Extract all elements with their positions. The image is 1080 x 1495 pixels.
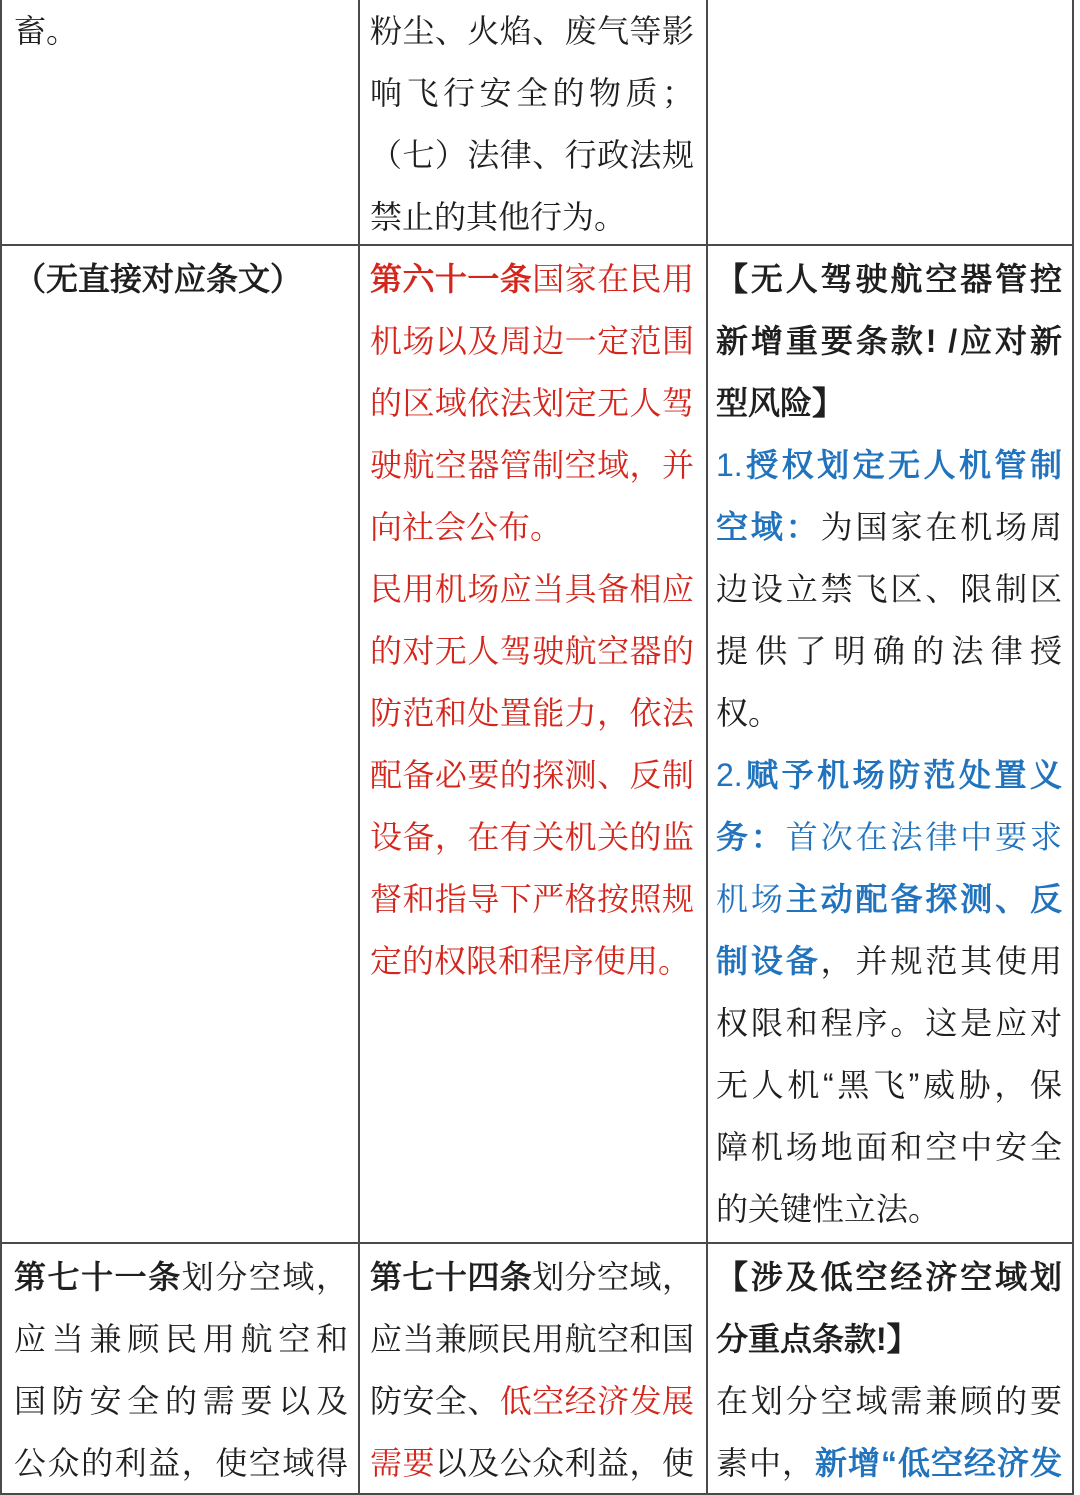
text-run: 型风险】 — [716, 385, 844, 421]
text-line: 1.授权划定无人机管制 — [716, 434, 1062, 496]
text-run: 禁止的其他行为。 — [370, 199, 626, 235]
text-run: 无人机“黑飞”威胁，保 — [716, 1067, 1062, 1103]
text-line: 制设备，并规范其使用 — [716, 930, 1062, 992]
text-run: 机场以及周边一定范围 — [370, 323, 694, 359]
text-line: 务：首次在法律中要求 — [716, 806, 1062, 868]
text-line: 的区域依法划定无人驾 — [370, 372, 694, 434]
text-line: 分重点条款!】 — [716, 1308, 1062, 1370]
text-line: 型风险】 — [716, 372, 1062, 434]
text-run: 国家在民用 — [532, 261, 694, 297]
text-line: 在划分空域需兼顾的要 — [716, 1370, 1062, 1432]
commentary-cell — [708, 0, 1074, 244]
text-line: 【涉及低空经济空域划 — [716, 1246, 1062, 1308]
text-run: 防范和处置能力，依法 — [370, 695, 694, 731]
text-line: 畜。 — [14, 0, 348, 62]
text-run: 防安全、 — [370, 1383, 500, 1419]
text-line: 【无人驾驶航空器管控 — [716, 248, 1062, 310]
text-run: 公众的利益，使空域得 — [14, 1445, 348, 1481]
text-line: 防范和处置能力，依法 — [370, 682, 694, 744]
text-line: （无直接对应条文） — [14, 248, 348, 310]
commentary-cell: 【无人驾驶航空器管控新增重要条款! /应对新型风险】1.授权划定无人机管制空域：… — [708, 246, 1074, 1242]
text-run: 首次在法律中要求 — [786, 819, 1062, 855]
text-run: 定的权限和程序使用。 — [370, 943, 690, 979]
text-run: 划分空域， — [182, 1259, 348, 1295]
text-line: 提供了明确的法律授 — [716, 620, 1062, 682]
text-run: 新增重要条款! /应对新 — [716, 323, 1062, 359]
text-run: 粉尘、火焰、废气等影 — [370, 13, 694, 49]
text-line: 的对无人驾驶航空器的 — [370, 620, 694, 682]
text-line: 民用机场应当具备相应 — [370, 558, 694, 620]
text-run: 国防安全的需要以及 — [14, 1383, 348, 1419]
text-run: 需要 — [370, 1445, 435, 1481]
new-law-cell: 第七十四条划分空域，应当兼顾民用航空和国防安全、低空经济发展需要以及公众利益，使 — [360, 1244, 708, 1493]
text-run: 第六十一条 — [370, 261, 532, 297]
old-law-cell: （无直接对应条文） — [2, 246, 360, 1242]
text-line: 禁止的其他行为。 — [370, 186, 694, 244]
text-run: 赋予机场防范处置义 — [743, 757, 1062, 793]
text-line: 权限和程序。这是应对 — [716, 992, 1062, 1054]
text-run: 第七十四条 — [370, 1259, 532, 1295]
text-run: ，并规范其使用 — [821, 943, 1062, 979]
text-run: 在划分空域需兼顾的要 — [716, 1383, 1062, 1419]
text-line: 素中，新增“低空经济发 — [716, 1432, 1062, 1493]
text-run: 【无人驾驶航空器管控 — [716, 261, 1062, 297]
text-line: 障机场地面和空中安全 — [716, 1116, 1062, 1178]
text-run: 分重点条款!】 — [716, 1321, 919, 1357]
law-comparison-table: 畜。 粉尘、火焰、废气等影响飞行安全的物质；（七）法律、行政法规禁止的其他行为。… — [0, 0, 1074, 1495]
text-run: 主动配备探测、反 — [786, 881, 1062, 917]
text-run: 督和指导下严格按照规 — [370, 881, 694, 917]
text-line: 空域：为国家在机场周 — [716, 496, 1062, 558]
text-run: 响飞行安全的物质； — [370, 75, 694, 111]
text-line: 设备，在有关机关的监 — [370, 806, 694, 868]
text-run: 应当兼顾民用航空和国 — [370, 1321, 694, 1357]
text-run: 配备必要的探测、反制 — [370, 757, 694, 793]
text-run: 低空经济发展 — [500, 1383, 694, 1419]
text-line: 配备必要的探测、反制 — [370, 744, 694, 806]
text-line: 新增重要条款! /应对新 — [716, 310, 1062, 372]
text-run: 民用机场应当具备相应 — [370, 571, 694, 607]
text-line: 的关键性立法。 — [716, 1178, 1062, 1240]
text-run: 新增“低空经济发 — [815, 1445, 1062, 1481]
text-run: 边设立禁飞区、限制区 — [716, 571, 1062, 607]
text-line: 公众的利益，使空域得 — [14, 1432, 348, 1493]
text-line: 需要以及公众利益，使 — [370, 1432, 694, 1493]
text-run: 向社会公布。 — [370, 509, 562, 545]
text-run: 的区域依法划定无人驾 — [370, 385, 694, 421]
text-run: 畜。 — [14, 13, 78, 49]
text-run: 为国家在机场周 — [821, 509, 1062, 545]
text-run: 以及公众利益，使 — [435, 1445, 694, 1481]
text-line: 督和指导下严格按照规 — [370, 868, 694, 930]
table-row-continuation: 畜。 粉尘、火焰、废气等影响飞行安全的物质；（七）法律、行政法规禁止的其他行为。 — [2, 0, 1074, 246]
text-run: 空域： — [716, 509, 821, 545]
text-line: 防安全、低空经济发展 — [370, 1370, 694, 1432]
text-run: 驶航空器管制空域，并 — [370, 447, 694, 483]
text-line: 应当兼顾民用航空和国 — [370, 1308, 694, 1370]
text-run: （七）法律、行政法规 — [370, 137, 694, 173]
text-line: 响飞行安全的物质； — [370, 62, 694, 124]
text-run: 提供了明确的法律授 — [716, 633, 1062, 669]
text-run: 应当兼顾民用航空和 — [14, 1321, 348, 1357]
old-law-cell: 畜。 — [2, 0, 360, 244]
text-line: 机场以及周边一定范围 — [370, 310, 694, 372]
text-line: 向社会公布。 — [370, 496, 694, 558]
text-run: 设备，在有关机关的监 — [370, 819, 694, 855]
text-line: 应当兼顾民用航空和 — [14, 1308, 348, 1370]
text-run: 【涉及低空经济空域划 — [716, 1259, 1062, 1295]
text-line: 第七十一条划分空域， — [14, 1246, 348, 1308]
text-line: 第六十一条国家在民用 — [370, 248, 694, 310]
text-line: 粉尘、火焰、废气等影 — [370, 0, 694, 62]
text-line: 国防安全的需要以及 — [14, 1370, 348, 1432]
text-line: 驶航空器管制空域，并 — [370, 434, 694, 496]
text-run: 权限和程序。这是应对 — [716, 1005, 1062, 1041]
text-run: 1. — [716, 447, 743, 483]
text-run: 的关键性立法。 — [716, 1191, 940, 1227]
text-line: 权。 — [716, 682, 1062, 744]
text-run: 机场 — [716, 881, 786, 917]
text-line: 边设立禁飞区、限制区 — [716, 558, 1062, 620]
text-run: 授权划定无人机管制 — [743, 447, 1062, 483]
new-law-cell: 第六十一条国家在民用机场以及周边一定范围的区域依法划定无人驾驶航空器管制空域，并… — [360, 246, 708, 1242]
text-line: 机场主动配备探测、反 — [716, 868, 1062, 930]
table-row-article-61: （无直接对应条文） 第六十一条国家在民用机场以及周边一定范围的区域依法划定无人驾… — [2, 246, 1074, 1244]
document-page: 畜。 粉尘、火焰、废气等影响飞行安全的物质；（七）法律、行政法规禁止的其他行为。… — [0, 0, 1080, 1495]
text-line: 第七十四条划分空域， — [370, 1246, 694, 1308]
text-line: 无人机“黑飞”威胁，保 — [716, 1054, 1062, 1116]
text-line: （七）法律、行政法规 — [370, 124, 694, 186]
text-run: 划分空域， — [532, 1259, 694, 1295]
text-run: 第七十一条 — [14, 1259, 182, 1295]
commentary-cell: 【涉及低空经济空域划分重点条款!】在划分空域需兼顾的要素中，新增“低空经济发 — [708, 1244, 1074, 1493]
text-run: （无直接对应条文） — [14, 261, 302, 297]
text-line: 2.赋予机场防范处置义 — [716, 744, 1062, 806]
text-run: 2. — [716, 757, 743, 793]
old-law-cell: 第七十一条划分空域，应当兼顾民用航空和国防安全的需要以及公众的利益，使空域得 — [2, 1244, 360, 1493]
text-run: 权。 — [716, 695, 780, 731]
table-row-article-71-74: 第七十一条划分空域，应当兼顾民用航空和国防安全的需要以及公众的利益，使空域得 第… — [2, 1244, 1074, 1495]
text-run: 障机场地面和空中安全 — [716, 1129, 1062, 1165]
text-run: 素中， — [716, 1445, 815, 1481]
text-run: 的对无人驾驶航空器的 — [370, 633, 694, 669]
text-line: 定的权限和程序使用。 — [370, 930, 694, 992]
new-law-cell: 粉尘、火焰、废气等影响飞行安全的物质；（七）法律、行政法规禁止的其他行为。 — [360, 0, 708, 244]
text-run: 务： — [716, 819, 786, 855]
text-run: 制设备 — [716, 943, 821, 979]
